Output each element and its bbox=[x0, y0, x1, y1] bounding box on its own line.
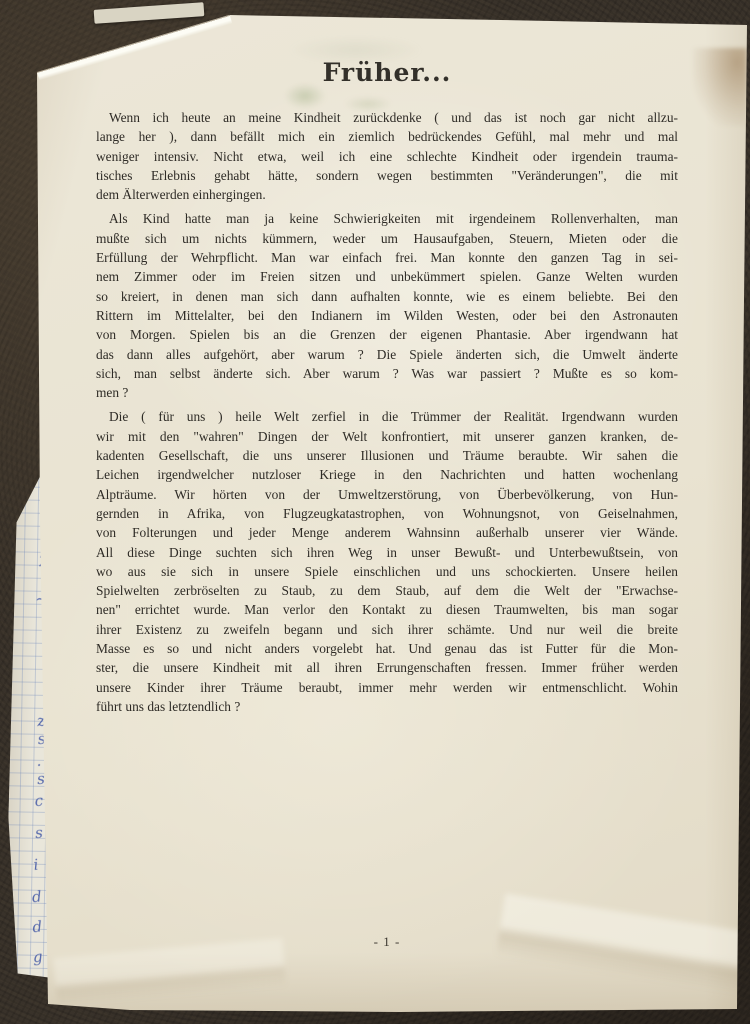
text-line: Die ( für uns ) heile Welt zerfiel in di… bbox=[96, 407, 678, 426]
text-line: das dann alles aufgehört, aber warum ? D… bbox=[96, 345, 678, 364]
handwriting-mark: s bbox=[36, 770, 45, 789]
page-number: - 1 - bbox=[96, 934, 678, 950]
text-line: tisches Erlebnis gehabt hätte, sondern w… bbox=[96, 166, 678, 185]
text-line: nen" errichtet wurde. Man verlor den Kon… bbox=[96, 600, 678, 619]
text-line: von Morgen. Spielen bis an die Grenzen d… bbox=[96, 325, 678, 344]
text-line: Alpträume. Wir hörten von der Umweltzers… bbox=[96, 485, 678, 504]
text-line: Erfüllung der Wehrpflicht. Man war einfa… bbox=[96, 248, 678, 267]
paragraph: Die ( für uns ) heile Welt zerfiel in di… bbox=[96, 407, 678, 716]
handwriting-mark: s bbox=[34, 824, 43, 843]
under-sheet-corner bbox=[94, 2, 205, 24]
handwriting-mark: d bbox=[31, 887, 42, 906]
handwriting-mark: . bbox=[36, 752, 42, 770]
text-line: All diese Dinge suchten sich ihren Weg i… bbox=[96, 543, 678, 562]
text-line: kadenten Gesellschaft, die uns unserer I… bbox=[96, 446, 678, 465]
paragraph: Als Kind hatte man ja keine Schwierigkei… bbox=[96, 209, 678, 402]
text-line: lange her ), dann befällt mich ein zieml… bbox=[96, 127, 678, 146]
text-line: men ? bbox=[96, 383, 678, 402]
text-line: wo aus sie sich in unsere Spiele einschl… bbox=[96, 562, 678, 581]
handwriting-mark: d bbox=[32, 917, 43, 936]
corner-stain bbox=[693, 48, 747, 126]
text-line: ster, die unsere Kindheit mit all ihren … bbox=[96, 658, 678, 677]
text-line: unsere Kinder ihrer Träume beraubt, imme… bbox=[96, 678, 678, 697]
text-line: Masse es so und nicht anders vorgelebt h… bbox=[96, 639, 678, 658]
paragraph: Wenn ich heute an meine Kindheit zurückd… bbox=[96, 108, 678, 204]
text-line: Spielwelten zerbröselten zu Staub, zu de… bbox=[96, 581, 678, 600]
text-line: sich, man selbst änderte sich. Aber waru… bbox=[96, 364, 678, 383]
body-text: Wenn ich heute an meine Kindheit zurückd… bbox=[96, 108, 678, 716]
document-page: Früher... Wenn ich heute an meine Kindhe… bbox=[0, 0, 750, 1024]
photo-background: 2 ~ z s . s c s i d d g Früher... Wenn i… bbox=[0, 0, 750, 1024]
handwriting-mark: g bbox=[32, 947, 43, 966]
text-line: führt uns das letztendlich ? bbox=[96, 697, 678, 716]
text-line: Wenn ich heute an meine Kindheit zurückd… bbox=[96, 108, 678, 127]
text-line: Leichen irgendwelcher nutzloser Kriege i… bbox=[96, 465, 678, 484]
text-line: von Folterungen und jeder Menge anderem … bbox=[96, 523, 678, 542]
text-line: wir mit den "wahren" Dingen der Welt kon… bbox=[96, 427, 678, 446]
text-line: Rittern im Mittelalter, bei den Indianer… bbox=[96, 306, 678, 325]
text-line: nem Zimmer oder im Freien sitzen und unb… bbox=[96, 267, 678, 286]
text-line: so kreiert, in denen man sich dann aufha… bbox=[96, 287, 678, 306]
text-line: mußte sich um nichts kümmern, weder um H… bbox=[96, 229, 678, 248]
page-title: Früher... bbox=[96, 56, 678, 90]
wrinkle-crease bbox=[494, 894, 750, 1012]
handwriting-mark: i bbox=[33, 856, 39, 874]
text-line: gernden in Afrika, von Flugzeugkatastrop… bbox=[96, 504, 678, 523]
text-line: dem Älterwerden einhergingen. bbox=[96, 185, 678, 204]
text-line: weniger intensiv. Nicht etwa, weil ich e… bbox=[96, 147, 678, 166]
handwriting-mark: c bbox=[34, 791, 44, 810]
text-line: Als Kind hatte man ja keine Schwierigkei… bbox=[96, 209, 678, 228]
typed-content: Früher... Wenn ich heute an meine Kindhe… bbox=[96, 0, 678, 721]
text-line: ihrer Existenz zu zweifeln begann und si… bbox=[96, 620, 678, 639]
